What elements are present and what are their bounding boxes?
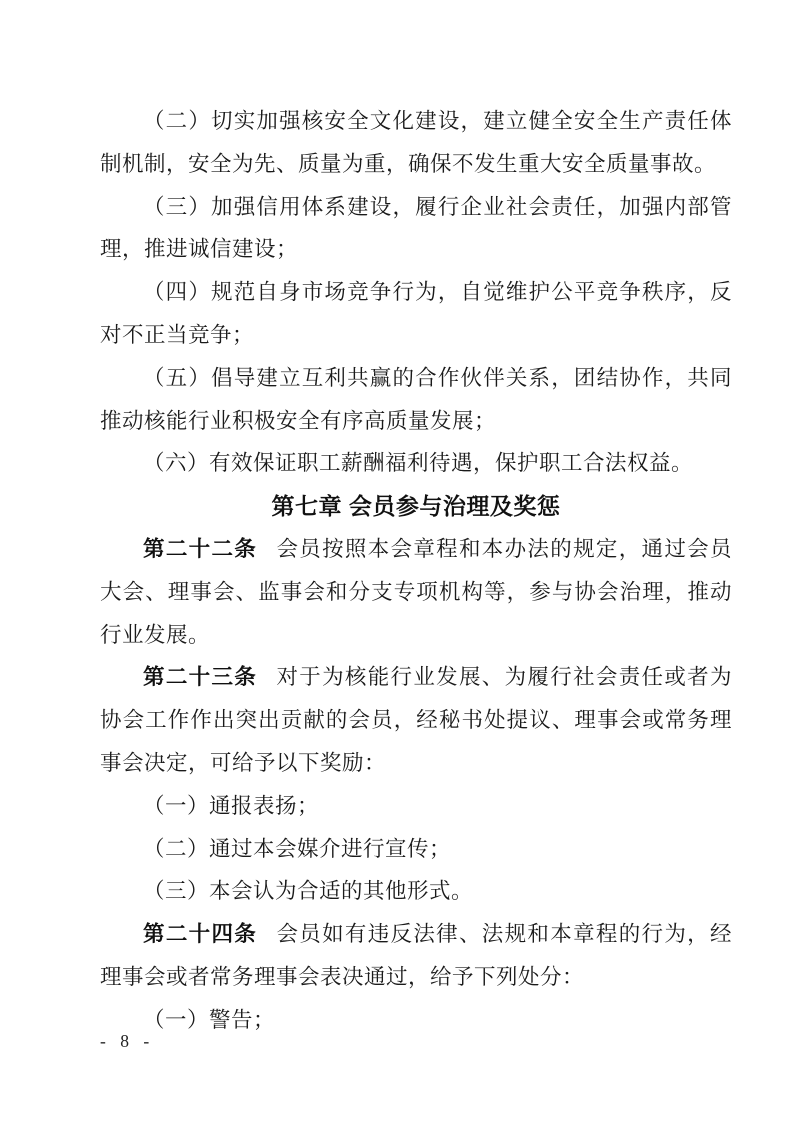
clause-2-paragraph: （二）切实加强核安全文化建设，建立健全安全生产责任体制机制，安全为先、质量为重，…	[100, 100, 732, 186]
page-number: - 8 -	[100, 1031, 154, 1052]
document-page: （二）切实加强核安全文化建设，建立健全安全生产责任体制机制，安全为先、质量为重，…	[0, 0, 800, 1131]
reward-item-2: （二）通过本会媒介进行宣传；	[100, 828, 732, 871]
article-22-label: 第二十二条	[143, 537, 257, 561]
document-body: （二）切实加强核安全文化建设，建立健全安全生产责任体制机制，安全为先、质量为重，…	[0, 0, 800, 1042]
article-24-label: 第二十四条	[143, 922, 257, 946]
article-23-label: 第二十三条	[143, 665, 257, 689]
article-23-paragraph: 第二十三条对于为核能行业发展、为履行社会责任或者为协会工作作出突出贡献的会员，经…	[100, 656, 732, 784]
clause-5-paragraph: （五）倡导建立互利共赢的合作伙伴关系，团结协作，共同推动核能行业积极安全有序高质…	[100, 357, 732, 443]
reward-item-3: （三）本会认为合适的其他形式。	[100, 870, 732, 913]
article-22-paragraph: 第二十二条会员按照本会章程和本办法的规定，通过会员大会、理事会、监事会和分支专项…	[100, 528, 732, 656]
punishment-item-1: （一）警告；	[100, 999, 732, 1042]
chapter-7-heading: 第七章 会员参与治理及奖惩	[100, 485, 732, 528]
reward-item-1: （一）通报表扬；	[100, 785, 732, 828]
clause-4-paragraph: （四）规范自身市场竞争行为，自觉维护公平竞争秩序，反对不正当竞争；	[100, 271, 732, 357]
clause-6-paragraph: （六）有效保证职工薪酬福利待遇，保护职工合法权益。	[100, 442, 732, 485]
clause-3-paragraph: （三）加强信用体系建设，履行企业社会责任，加强内部管理，推进诚信建设；	[100, 186, 732, 272]
article-24-paragraph: 第二十四条会员如有违反法律、法规和本章程的行为，经理事会或者常务理事会表决通过，…	[100, 913, 732, 999]
